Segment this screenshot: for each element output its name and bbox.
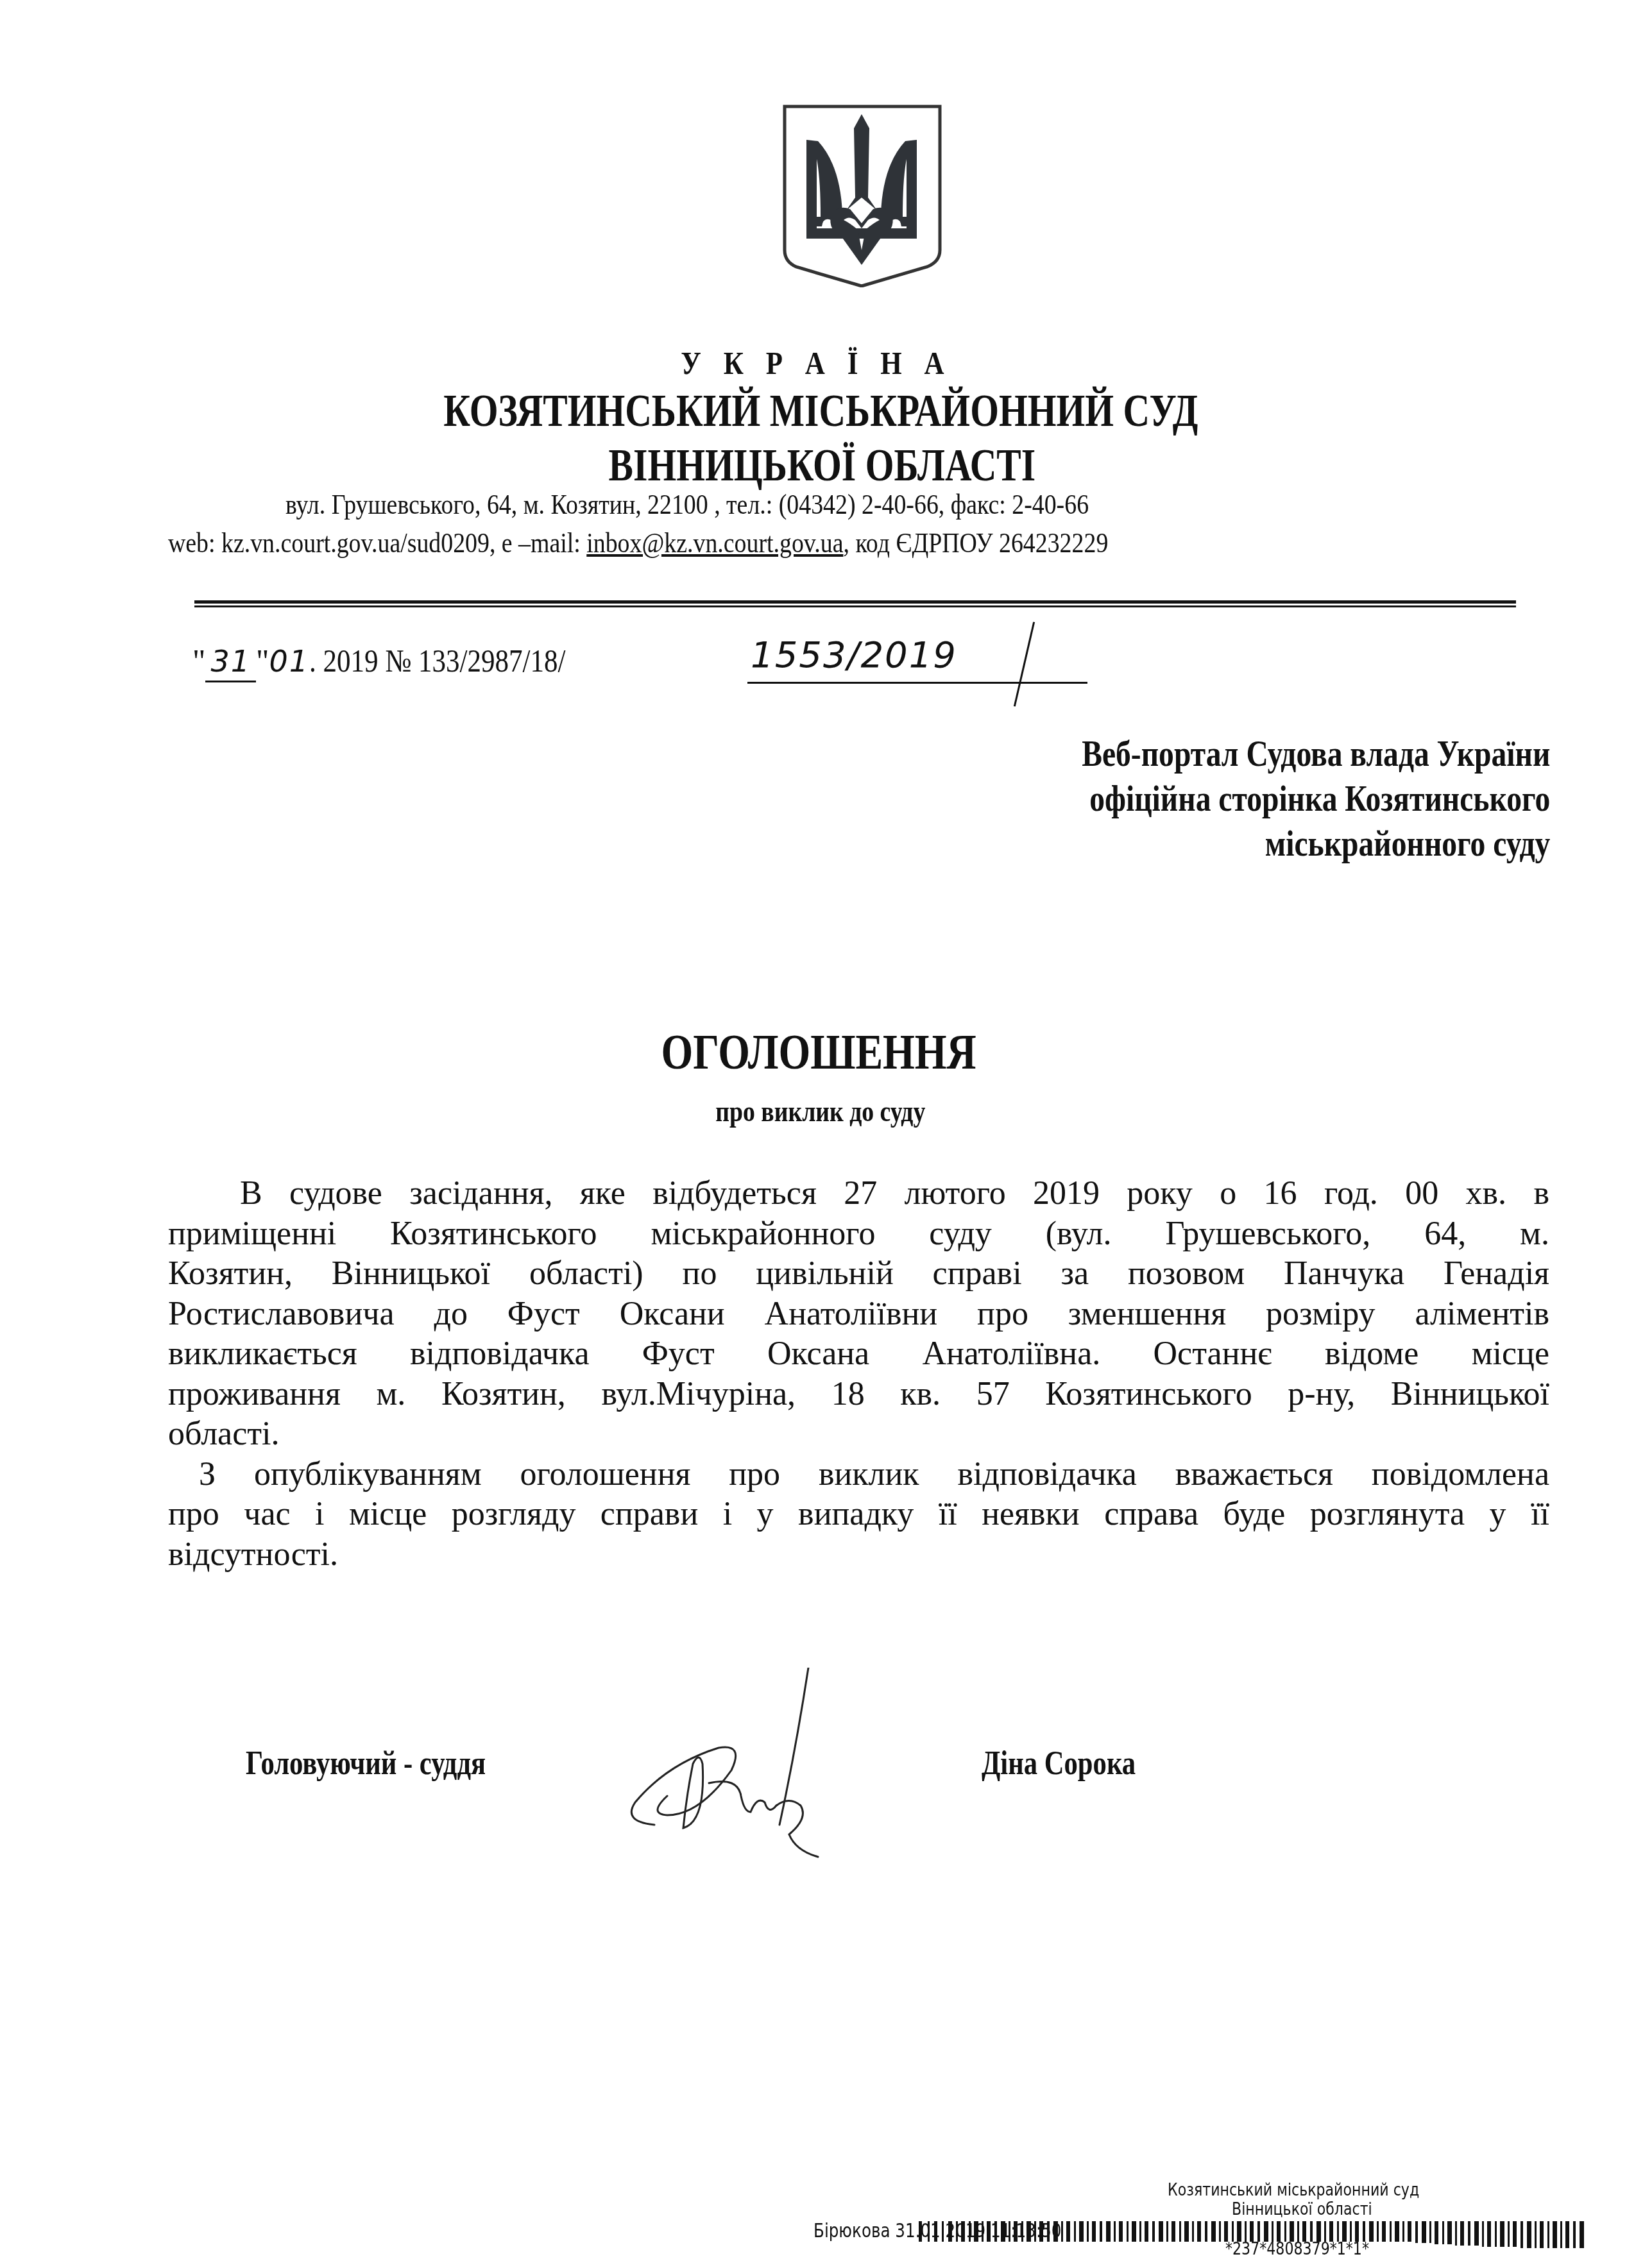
ref-case-number: № 133/2987/18/: [378, 643, 565, 679]
body-line: відсутності.: [168, 1535, 1549, 1575]
recipient-line: міськрайонного суду: [1082, 821, 1550, 866]
ref-number-underline: [747, 682, 1087, 684]
ref-year-number: . 2019 № 133/2987/18/: [309, 641, 565, 680]
body-line: області.: [168, 1414, 1549, 1455]
recipient-line: офіційна сторінка Козятинського: [1082, 776, 1550, 821]
header-separator: [194, 600, 1516, 604]
court-address: вул. Грушевського, 64, м. Козятин, 22100…: [285, 487, 1089, 522]
registration-court: Козятинський міськрайонний суд: [1168, 2181, 1419, 2200]
body-line: З опублікуванням оголошення про виклик в…: [168, 1455, 1549, 1495]
coat-of-arms-icon: [779, 101, 943, 287]
country-heading: У К Р А Ї Н А: [117, 344, 1516, 382]
signatory-role: Головуючий - суддя: [246, 1745, 486, 1783]
quote-open: ": [192, 643, 205, 679]
body-line: приміщенні Козятинського міськрайонного …: [168, 1214, 1549, 1255]
announcement-subtitle: про виклик до суду: [153, 1094, 1488, 1130]
body-line: викликається відповідачка Фуст Оксана Ан…: [168, 1334, 1549, 1375]
barcode-number: *237*4808379*1*1*: [1225, 2240, 1369, 2259]
paragraph-2: З опублікуванням оголошення про виклик в…: [168, 1455, 1549, 1575]
announcement-title: ОГОЛОШЕННЯ: [151, 1023, 1486, 1081]
ref-month: 01: [269, 644, 309, 679]
ref-handwritten-number: 1553/2019: [751, 636, 957, 675]
court-name-heading: КОЗЯТИНСЬКИЙ МІСЬКРАЙОННИЙ СУД: [170, 385, 1472, 436]
email-link[interactable]: inbox@kz.vn.court.gov.ua: [586, 527, 843, 559]
registration-region: Вінницької області: [1232, 2200, 1372, 2219]
body-line: Козятин, Вінницької області) по цивільні…: [168, 1254, 1549, 1294]
quote-close: ": [256, 643, 269, 679]
announcement-body: В судове засідання, яке відбудеться 27 л…: [168, 1174, 1549, 1575]
body-line: Ростиславовича до Фуст Оксани Анатоліївн…: [168, 1294, 1549, 1335]
body-line: про час і місце розгляду справи і у випа…: [168, 1494, 1549, 1535]
handwritten-signature-icon: [597, 1668, 930, 1860]
region-heading: ВІННИЦЬКОЇ ОБЛАСТІ: [171, 439, 1473, 491]
recipient-block: Веб-портал Судова влада України офіційна…: [1082, 731, 1550, 866]
ref-day: 31: [205, 642, 256, 682]
outgoing-reference: "31"01. 2019 № 133/2987/18/ 1553/2019: [192, 641, 607, 682]
header-separator-thin: [194, 605, 1516, 607]
body-line: В судове засідання, яке відбудеться 27 л…: [168, 1174, 1549, 1214]
body-line: проживання м. Козятин, вул.Мічуріна, 18 …: [168, 1375, 1549, 1415]
edrpou-code: , код ЄДРПОУ 264232229: [843, 527, 1108, 559]
signatory-name: Діна Сорока: [982, 1745, 1136, 1783]
recipient-line: Веб-портал Судова влада України: [1082, 731, 1550, 776]
paragraph-1: В судове засідання, яке відбудеться 27 л…: [168, 1174, 1549, 1455]
website-text: web: kz.vn.court.gov.ua/sud0209, e –mail…: [168, 527, 586, 559]
court-contacts: web: kz.vn.court.gov.ua/sud0209, e –mail…: [168, 526, 1108, 561]
handwritten-slash: [1014, 622, 1035, 706]
ref-year: . 2019: [309, 643, 379, 679]
